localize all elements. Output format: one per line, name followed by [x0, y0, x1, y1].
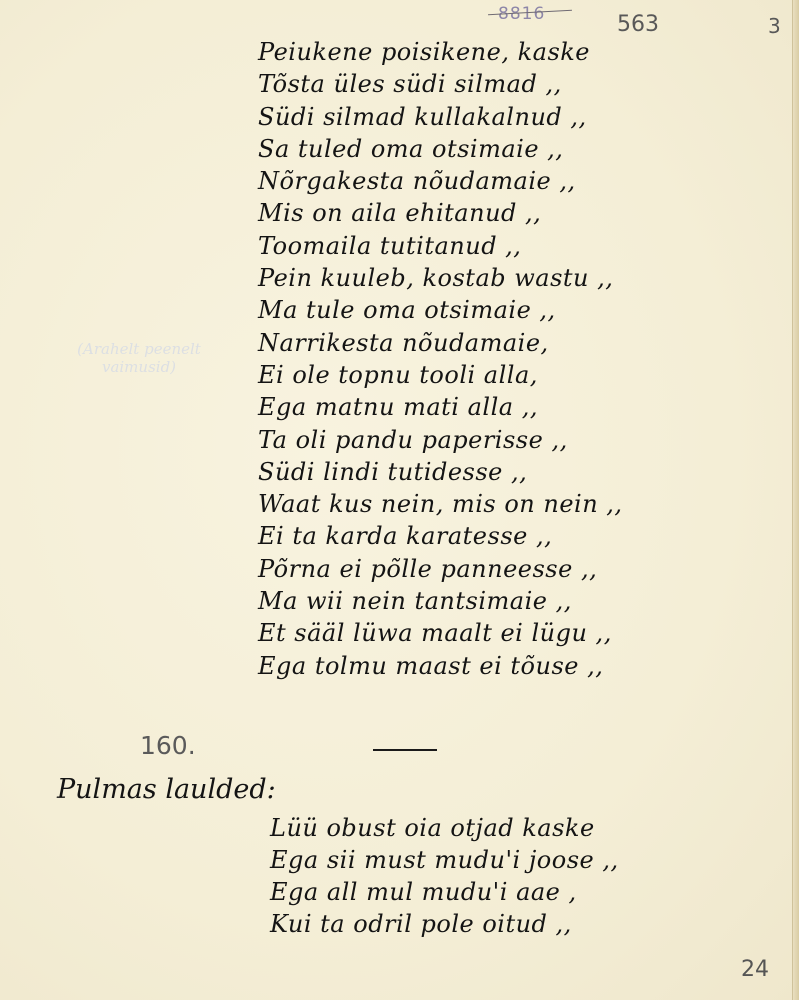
sheet-number: 3 — [768, 14, 781, 38]
show-through-note: (Arahelt peenelt vaimusid) — [44, 340, 234, 376]
verse-line: Südi silmad kullakalnud ,, — [258, 101, 698, 133]
verse-line: Ma tule oma otsimaie ,, — [258, 294, 698, 326]
archive-number: 563 — [617, 12, 659, 37]
verse-line: Peiukene poisikene, kaske — [258, 36, 698, 68]
song-160-verses: Lüü obust oia otjad kaske Ega sii must m… — [270, 812, 710, 940]
verse-line: Ma wii nein tantsimaie ,, — [258, 585, 698, 617]
verse-line: Nõrgakesta nõudamaie ,, — [258, 165, 698, 197]
verse-line: Ega all mul mudu'i aae , — [270, 876, 710, 908]
song-continuation-verses: Peiukene poisikene, kaske Tõsta üles süd… — [258, 36, 698, 682]
song-number: 160. — [140, 731, 196, 760]
manuscript-page: 8816 563 3 (Arahelt peenelt vaimusid) Pe… — [0, 0, 799, 1000]
verse-line: Südi lindi tutidesse ,, — [258, 456, 698, 488]
verse-line: Narrikesta nõudamaie, — [258, 327, 698, 359]
verse-line: Lüü obust oia otjad kaske — [270, 812, 710, 844]
ghost-note-line-2: vaimusid) — [44, 358, 234, 376]
verse-line: Waat kus nein, mis on nein ,, — [258, 488, 698, 520]
corner-page-number: 24 — [741, 957, 769, 982]
verse-line: Ei ole topnu tooli alla, — [258, 359, 698, 391]
page-edge — [792, 0, 799, 1000]
verse-line: Toomaila tutitanud ,, — [258, 230, 698, 262]
verse-line: Ega matnu mati alla ,, — [258, 391, 698, 423]
verse-line: Tõsta üles südi silmad ,, — [258, 68, 698, 100]
verse-line: Ega tolmu maast ei tõuse ,, — [258, 650, 698, 682]
verse-line: Kui ta odril pole oitud ,, — [270, 908, 710, 940]
verse-line: Ega sii must mudu'i joose ,, — [270, 844, 710, 876]
verse-line: Et sääl lüwa maalt ei lügu ,, — [258, 617, 698, 649]
section-divider — [373, 749, 437, 751]
verse-line: Ta oli pandu paperisse ,, — [258, 424, 698, 456]
verse-line: Mis on aila ehitanud ,, — [258, 197, 698, 229]
verse-line: Pein kuuleb, kostab wastu ,, — [258, 262, 698, 294]
song-title: Pulmas laulded: — [57, 774, 276, 805]
ghost-note-line-1: (Arahelt peenelt — [44, 340, 234, 358]
verse-line: Ei ta karda karatesse ,, — [258, 520, 698, 552]
verse-line: Põrna ei põlle panneesse ,, — [258, 553, 698, 585]
verse-line: Sa tuled oma otsimaie ,, — [258, 133, 698, 165]
